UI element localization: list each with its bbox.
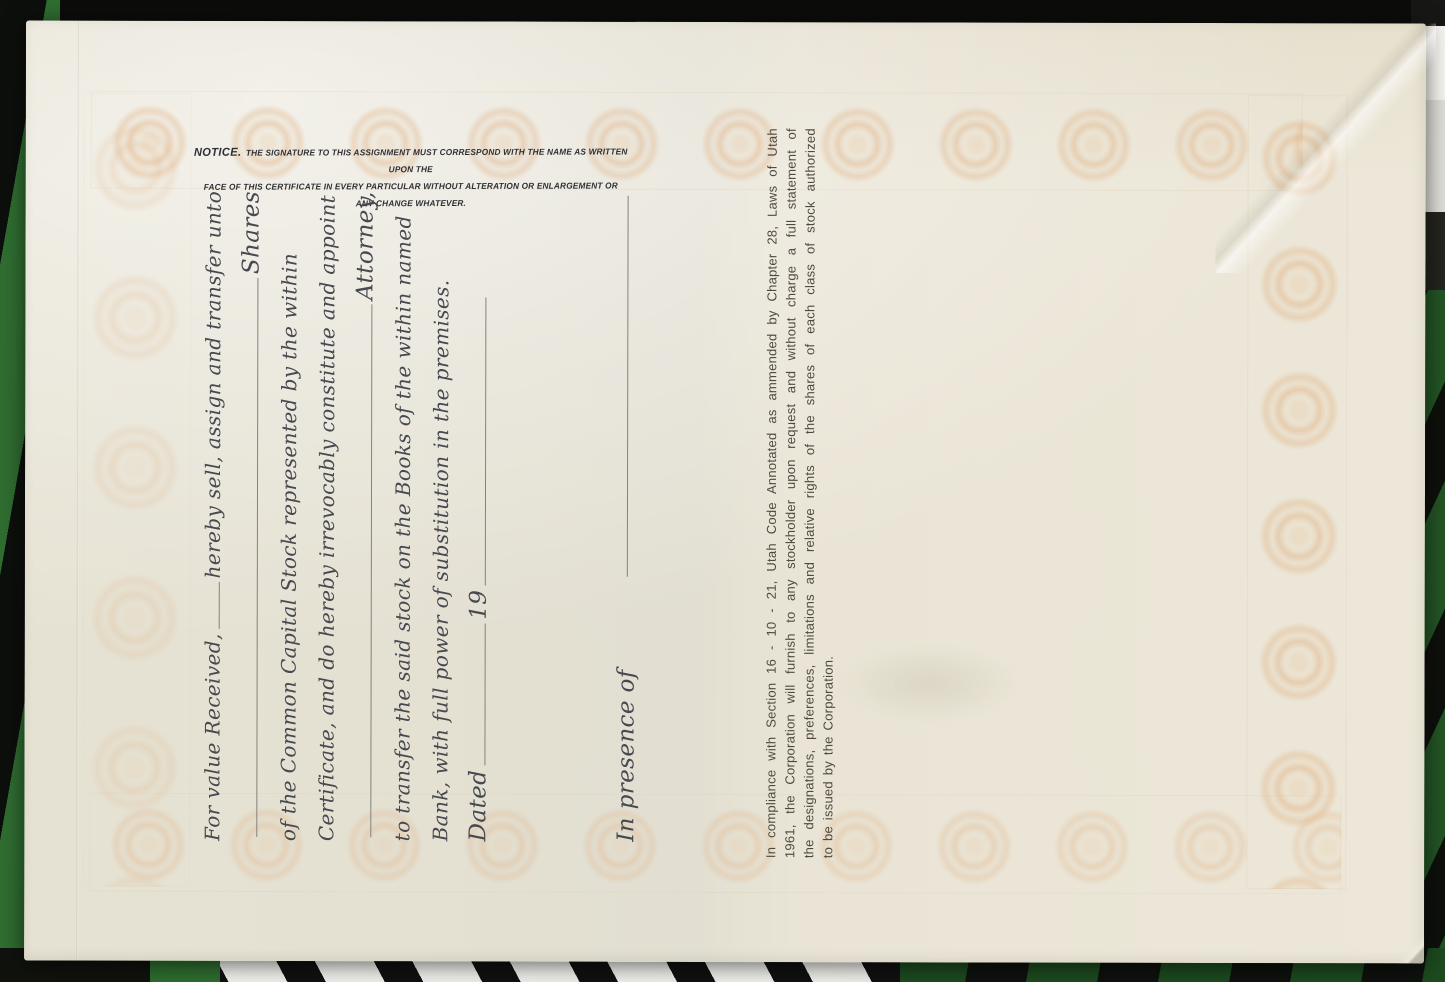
- blank-line-witness: [627, 196, 629, 577]
- in-presence-of-text: In presence of: [609, 669, 643, 842]
- blank-line-attorney: [370, 304, 372, 837]
- common-capital-stock-text: of the Common Capital Stock represented …: [273, 253, 304, 841]
- assignment-line-witness: In presence of: [543, 190, 644, 850]
- compliance-paragraph: In compliance with Section 16 - 10 - 21,…: [761, 128, 843, 858]
- assignment-line-2: Shares: [227, 189, 266, 849]
- blank-line-name: [219, 582, 220, 629]
- assignment-line-1: For value Received, hereby sell, assign …: [189, 189, 228, 849]
- certificate-constitute-text: Certificate, and do hereby irrevocably c…: [311, 195, 342, 841]
- shares-text: Shares: [236, 191, 266, 274]
- bank-substitution-text: Bank, with full power of substitution in…: [425, 279, 456, 841]
- blank-line-year: [485, 297, 487, 585]
- photo-scene: NOTICE. THE SIGNATURE TO THIS ASSIGNMENT…: [0, 0, 1445, 982]
- attorney-text: Attorney,: [350, 191, 380, 300]
- certificate-back-paper: NOTICE. THE SIGNATURE TO THIS ASSIGNMENT…: [24, 21, 1426, 964]
- assignment-line-7: Bank, with full power of substitution in…: [417, 189, 456, 849]
- year-prefix: 19: [464, 590, 494, 620]
- paper-crease-vertical: [76, 21, 80, 961]
- compliance-line-4: to be issued by the Corporation.: [818, 128, 839, 858]
- notice-label: NOTICE.: [194, 147, 242, 159]
- sell-assign-text: hereby sell, assign and transfer unto: [198, 191, 229, 579]
- assignment-line-dated: Dated 19: [455, 189, 494, 849]
- paper-crease-top-right: [1215, 23, 1436, 273]
- assignment-form: For value Received, hereby sell, assign …: [189, 189, 700, 850]
- for-value-received-text: For value Received,: [197, 633, 227, 841]
- blank-line-shares: [256, 278, 258, 837]
- compliance-line-2: 1961, the Corporation will furnish to an…: [780, 128, 801, 858]
- blank-line-date: [484, 624, 485, 766]
- compliance-line-3: the designations, preferences, limitatio…: [799, 128, 820, 858]
- notice-line1: THE SIGNATURE TO THIS ASSIGNMENT MUST CO…: [246, 146, 628, 174]
- assignment-line-5: Attorney,: [341, 189, 380, 849]
- assignment-line-4: Certificate, and do hereby irrevocably c…: [303, 189, 342, 849]
- compliance-line-1: In compliance with Section 16 - 10 - 21,…: [761, 128, 782, 858]
- dated-label: Dated: [463, 770, 493, 842]
- transfer-books-text: to transfer the said stock on the Books …: [387, 215, 418, 841]
- assignment-line-6: to transfer the said stock on the Books …: [379, 189, 418, 849]
- show-through-smudge: [840, 644, 1020, 722]
- assignment-line-3: of the Common Capital Stock represented …: [265, 189, 304, 849]
- paper-fold-bottom-right: [1378, 893, 1424, 963]
- embossed-border-left: [82, 93, 192, 887]
